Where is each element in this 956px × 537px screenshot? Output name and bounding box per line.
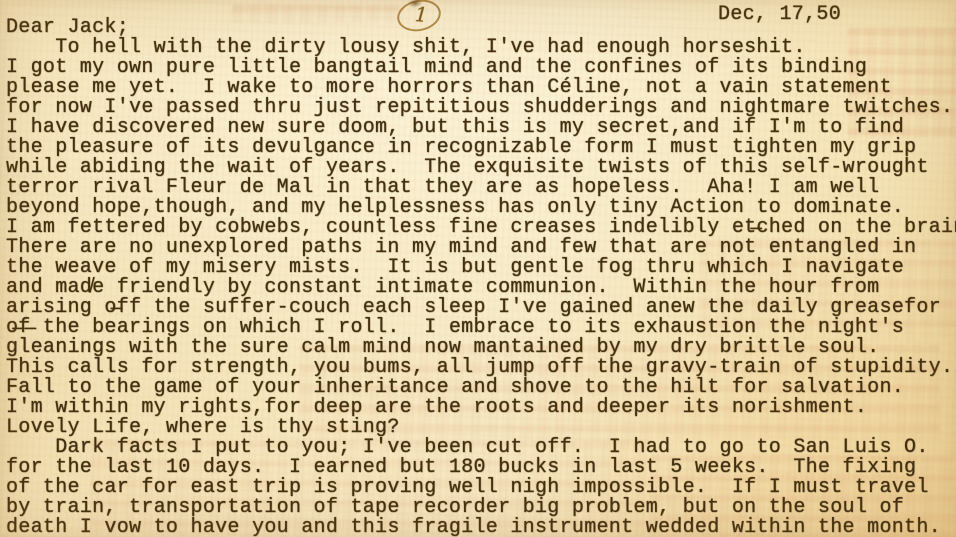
letter-line: gleanings with the sure calm mind now ma… [6, 338, 956, 358]
letter-line: I am fettered by cobwebs, countless fine… [6, 218, 956, 238]
letter-line: Dark facts I put to you; I've been cut o… [6, 438, 956, 458]
letter-line: please me yet. I wake to more horrors th… [6, 78, 956, 98]
letter-line: and mad̸e friendly by constant intimate … [6, 278, 956, 298]
letter-line: o̶f̶ the bearings on which I roll. I emb… [6, 318, 956, 338]
letter-line: terror rival Fleur de Mal in that they a… [6, 178, 956, 198]
letter-line: for now I've passed thru just repititiou… [6, 98, 956, 118]
letter-line: Lovely Life, where is thy sting? [6, 418, 956, 438]
letter-line: beyond hope,though, and my helplessness … [6, 198, 956, 218]
letter-line: I'm within my rights,for deep are the ro… [6, 398, 956, 418]
letter-line: arising o̶ff the suffer-couch each sleep… [6, 298, 956, 318]
letter-page: 1 Dec, 17,50 Dear Jack; To hell with the… [0, 0, 956, 537]
letter-body: Dear Jack; To hell with the dirty lousy … [6, 18, 956, 537]
letter-line: This calls for strength, you bums, all j… [6, 358, 956, 378]
letter-line: There are no unexplored paths in my mind… [6, 238, 956, 258]
letter-line: for the last 10 days. I earned but 180 b… [6, 458, 956, 478]
letter-line: the weave of my misery mists. It is but … [6, 258, 956, 278]
letter-line: of the car for east trip is proving well… [6, 478, 956, 498]
letter-line: I have discovered new sure doom, but thi… [6, 118, 956, 138]
letter-line: by train, transportation of tape recorde… [6, 498, 956, 518]
letter-line: while abiding the wait of years. The exq… [6, 158, 956, 178]
letter-line: I got my own pure little bangtail mind a… [6, 58, 956, 78]
letter-line: Dear Jack; [6, 18, 956, 38]
letter-line: death I vow to have you and this fragile… [6, 518, 956, 537]
letter-line: To hell with the dirty lousy shit, I've … [6, 38, 956, 58]
letter-line: Fall to the game of your inheritance and… [6, 378, 956, 398]
letter-line: the pleasure of its devulgance in recogn… [6, 138, 956, 158]
